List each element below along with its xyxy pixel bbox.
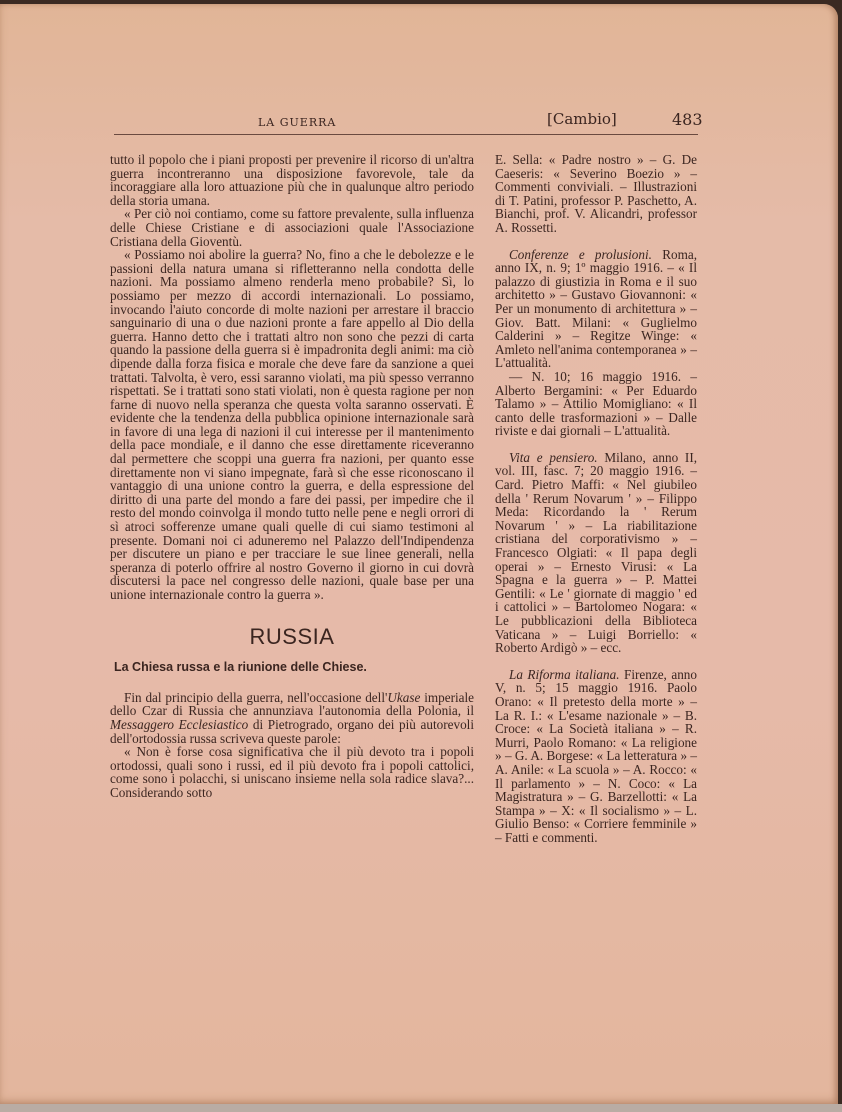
review-entry: Vita e pensiero. Milano, anno II, vol. I… bbox=[495, 451, 697, 655]
entry-text: — N. 10; 16 maggio 1916. – Alberto Berga… bbox=[495, 369, 697, 438]
entry-text: Firenze, anno V, n. 5; 15 maggio 1916. P… bbox=[495, 667, 697, 845]
entry-text: Milano, anno II, vol. III, fasc. 7; 20 m… bbox=[495, 450, 697, 655]
review-entry: La Riforma italiana. Firenze, anno V, n.… bbox=[495, 668, 697, 845]
left-column: tutto il popolo che i piani proposti per… bbox=[110, 153, 474, 800]
paragraph: Fin dal principio della guerra, nell'occ… bbox=[110, 691, 474, 745]
entry-text: Roma, anno IX, n. 9; 1º maggio 1916. – «… bbox=[495, 247, 697, 371]
running-head: LA GUERRA bbox=[258, 116, 336, 129]
entry-text: E. Sella: « Padre nostro » – G. De Caese… bbox=[495, 152, 697, 235]
review-entry: — N. 10; 16 maggio 1916. – Alberto Berga… bbox=[495, 370, 697, 438]
page-header: LA GUERRA [Cambio] 483 bbox=[114, 110, 698, 135]
page-bottom-edge bbox=[0, 1104, 842, 1112]
quote-paragraph: « Non è forse cosa significativa che il … bbox=[110, 745, 474, 799]
page-number: 483 bbox=[672, 110, 703, 129]
right-column: E. Sella: « Padre nostro » – G. De Caese… bbox=[495, 153, 697, 845]
section-title: RUSSIA bbox=[110, 630, 474, 644]
section-tag: [Cambio] bbox=[547, 110, 617, 128]
review-entry: Conferenze e prolusioni. Roma, anno IX, … bbox=[495, 248, 697, 370]
subsection-title: La Chiesa russa e la riunione delle Chie… bbox=[114, 661, 474, 675]
paragraph: tutto il popolo che i piani proposti per… bbox=[110, 153, 474, 207]
review-entry: E. Sella: « Padre nostro » – G. De Caese… bbox=[495, 153, 697, 235]
paragraph: « Per ciò noi contiamo, come su fattore … bbox=[110, 207, 474, 248]
paragraph: « Possiamo noi abolire la guerra? No, fi… bbox=[110, 248, 474, 601]
